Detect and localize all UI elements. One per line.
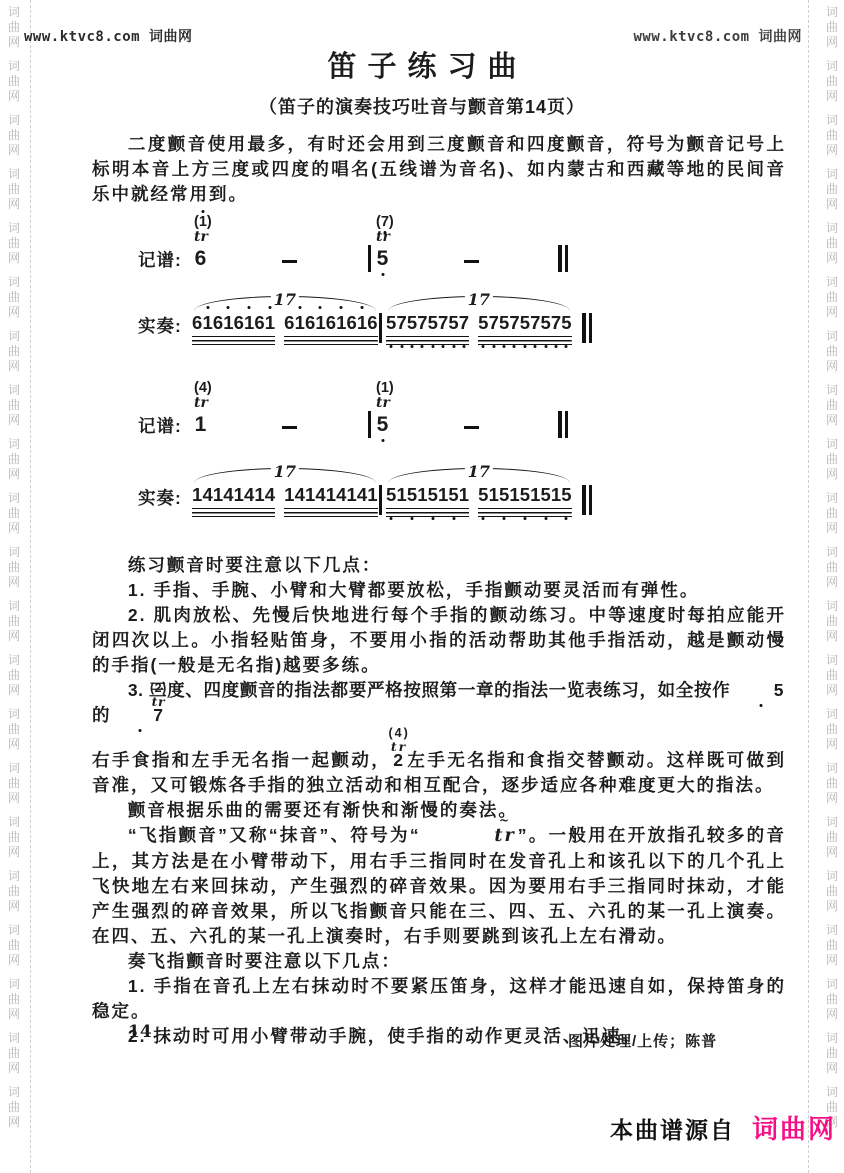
watermark-char: 词: [8, 167, 20, 182]
watermark-char: 词: [826, 5, 838, 20]
octave-dot: [248, 306, 251, 309]
jianpu-digit: 6: [284, 311, 294, 335]
page-number: 14: [128, 1022, 152, 1042]
watermark-char: 网: [826, 683, 838, 698]
slur-arc: 17: [386, 465, 572, 483]
watermark-group: 词曲网: [826, 761, 838, 806]
jianpu-digit: 1: [367, 483, 377, 507]
octave-dot: [544, 517, 547, 520]
jianpu-digit: 6: [213, 311, 223, 335]
jianpu-digit: 7: [438, 311, 448, 335]
watermark-char: 网: [826, 143, 838, 158]
watermark-char: 网: [8, 305, 20, 320]
slur-arc: 17: [192, 293, 378, 311]
octave-dot: [431, 517, 434, 520]
watermark-char: 曲: [826, 182, 838, 197]
trill-symbol: tr: [114, 695, 167, 708]
jianpu-digit: 4: [244, 483, 254, 507]
watermark-char: 词: [826, 1031, 838, 1046]
watermark-char: 曲: [8, 182, 20, 197]
octave-dot: [555, 345, 558, 348]
right-dashed-divider: [808, 0, 809, 1173]
jianpu-digit: 5: [448, 483, 458, 507]
paragraph: 右手食指和左手无名指一起颤动，(4)tr2左手无名指和食指交替颤动。这样既可做到…: [92, 748, 786, 798]
page-title: 笛子练习曲: [0, 44, 844, 85]
watermark-char: 词: [826, 869, 838, 884]
jianpu-digit: 5: [540, 483, 550, 507]
watermark-char: 词: [8, 383, 20, 398]
barline: [368, 245, 371, 272]
beam-lines: [386, 336, 469, 345]
beam-lines: [386, 508, 469, 517]
octave-dot: [319, 306, 322, 309]
watermark-char: 曲: [8, 884, 20, 899]
watermark-group: 词曲网: [826, 977, 838, 1022]
jianpu-digit: 7: [509, 311, 519, 335]
watermark-char: 曲: [826, 20, 838, 35]
watermark-char: 曲: [8, 20, 20, 35]
watermark-char: 词: [826, 1085, 838, 1100]
watermark-char: 词: [8, 5, 20, 20]
watermark-char: 词: [826, 383, 838, 398]
watermark-char: 网: [8, 1061, 20, 1076]
jianpu-digit: 6: [367, 311, 377, 335]
watermark-group: 词曲网: [8, 653, 20, 698]
watermark-char: 词: [826, 599, 838, 614]
watermark-char: 曲: [826, 938, 838, 953]
octave-dot: [503, 517, 506, 520]
watermark-group: 词曲网: [826, 329, 838, 374]
watermark-char: 曲: [8, 506, 20, 521]
watermark-group: 词曲网: [826, 599, 838, 644]
music-row-notation-1: 记谱:(1)tr6(7)tr5: [92, 215, 786, 277]
jianpu-digit: 5: [540, 311, 550, 335]
header-watermark-right: www.ktvc8.com 词曲网: [633, 26, 802, 46]
beam-lines: [478, 508, 572, 517]
jianpu-digit: 6: [346, 311, 356, 335]
octave-dot: [431, 345, 434, 348]
watermark-char: 网: [8, 1115, 20, 1130]
jianpu-digit: 7: [459, 311, 469, 335]
final-barline: [582, 313, 592, 343]
jianpu-digit: 1: [489, 483, 499, 507]
tuplet-number: 17: [271, 292, 299, 308]
watermark-group: 词曲网: [8, 491, 20, 536]
jianpu-digit: 7: [396, 311, 406, 335]
watermark-group: 词曲网: [826, 545, 838, 590]
content: 二度颤音使用最多，有时还会用到三度颤音和四度颤音，符号为颤音记号上标明本音上方三…: [92, 132, 786, 1049]
barline: [368, 411, 371, 438]
watermark-char: 网: [8, 899, 20, 914]
group-digits: 575757575: [478, 311, 572, 335]
watermark-char: 曲: [826, 776, 838, 791]
jianpu-inline-note: (2)tr7: [115, 703, 165, 728]
jianpu-digit: 6: [194, 246, 207, 272]
watermark-char: 曲: [8, 290, 20, 305]
watermark-group: 词曲网: [826, 437, 838, 482]
fingering-paren: (1): [194, 215, 212, 230]
group-row: 14141414141414141: [192, 483, 378, 517]
trill-symbol: tr: [194, 396, 212, 410]
watermark-char: 曲: [826, 506, 838, 521]
watermark-group: 词曲网: [826, 491, 838, 536]
jianpu-digit: 1: [254, 483, 264, 507]
group-digits: 14141414: [192, 483, 275, 507]
music-line-label: 记谱:: [138, 413, 182, 438]
watermark-char: 词: [826, 275, 838, 290]
jianpu-digit: 6: [326, 311, 336, 335]
jianpu-digit: 5: [386, 311, 396, 335]
jianpu-digit: 6: [234, 311, 244, 335]
watermark-char: 网: [8, 413, 20, 428]
watermark-char: 网: [826, 575, 838, 590]
watermark-char: 网: [8, 251, 20, 266]
watermark-char: 网: [826, 413, 838, 428]
watermark-char: 曲: [826, 344, 838, 359]
octave-dot: [452, 345, 455, 348]
jianpu-digit: 5: [376, 412, 389, 438]
group-digits: 141414141: [284, 483, 378, 507]
tuplet-number: 17: [271, 464, 299, 480]
paragraph: 二度颤音使用最多，有时还会用到三度颤音和四度颤音，符号为颤音记号上标明本音上方三…: [92, 132, 786, 207]
jianpu-digit: 1: [265, 311, 275, 335]
tuplet-number: 17: [465, 292, 493, 308]
jianpu-digit: 7: [530, 311, 540, 335]
jianpu-digit: 1: [284, 483, 294, 507]
note-annotation: (2)tr: [114, 682, 167, 708]
jianpu-digit: 4: [357, 483, 367, 507]
watermark-group: 词曲网: [826, 707, 838, 752]
watermark-char: 网: [8, 575, 20, 590]
octave-dot: [390, 517, 393, 520]
octave-dot: [482, 345, 485, 348]
watermark-char: 词: [8, 545, 20, 560]
watermark-group: 词曲网: [826, 383, 838, 428]
group-row: 51515151515151515: [386, 483, 572, 517]
source-caption: 本曲谱源自: [610, 1112, 735, 1145]
watermark-char: 网: [826, 1007, 838, 1022]
jianpu-digit: 4: [223, 483, 233, 507]
octave-dot: [410, 345, 413, 348]
watermark-char: 曲: [8, 614, 20, 629]
tuplet-number: 17: [465, 464, 493, 480]
octave-dot: [340, 306, 343, 309]
watermark-group: 词曲网: [8, 113, 20, 158]
watermark-char: 曲: [8, 236, 20, 251]
jianpu-digit: 5: [478, 483, 488, 507]
slurred-phrase: 1757575757575757575: [386, 293, 572, 345]
fingering-paren: (4): [194, 381, 212, 396]
watermark-char: 词: [8, 761, 20, 776]
octave-dot: [227, 306, 230, 309]
barline: [379, 485, 382, 515]
watermark-char: 曲: [8, 560, 20, 575]
octave-dot: [268, 306, 271, 309]
jianpu-digit: 5: [561, 483, 571, 507]
jianpu-inline-note: ~tr: [421, 823, 518, 849]
octave-dot: [383, 231, 386, 234]
octave-dot: [442, 345, 445, 348]
jianpu-digit: 1: [213, 483, 223, 507]
beam-lines: [284, 508, 378, 517]
jianpu-digit: 1: [202, 311, 212, 335]
jianpu-digit: 1: [438, 483, 448, 507]
watermark-char: 曲: [826, 668, 838, 683]
watermark-char: 曲: [826, 884, 838, 899]
watermark-group: 词曲网: [8, 707, 20, 752]
watermark-char: 曲: [8, 776, 20, 791]
octave-dot: [462, 345, 465, 348]
octave-dot: [513, 345, 516, 348]
jianpu-digit: 1: [234, 483, 244, 507]
jianpu-digit: 1: [509, 483, 519, 507]
jianpu-digit: 1: [530, 483, 540, 507]
note-annotation: (4)tr: [388, 727, 409, 753]
header-watermark-left: www.ktvc8.com 词曲网: [24, 26, 193, 46]
watermark-char: 网: [826, 359, 838, 374]
note-group: 14141414: [192, 483, 275, 517]
octave-dot: [534, 345, 537, 348]
watermark-char: 曲: [826, 128, 838, 143]
paragraph: 练习颤音时要注意以下几点：: [92, 553, 786, 578]
octave-dot: [421, 345, 424, 348]
source-site-badge: 词曲网: [752, 1109, 836, 1146]
watermark-char: 网: [8, 629, 20, 644]
jianpu-digit: 1: [396, 483, 406, 507]
octave-dot: [400, 345, 403, 348]
octave-dot: [390, 345, 393, 348]
jianpu-digit: 1: [305, 483, 315, 507]
trill-wave-symbol: ~tr: [459, 824, 516, 849]
jianpu-digit: 1: [459, 483, 469, 507]
watermark-char: 曲: [8, 668, 20, 683]
watermark-group: 词曲网: [8, 221, 20, 266]
jianpu-digit: 5: [376, 246, 389, 272]
octave-dot: [298, 306, 301, 309]
jianpu-digit: 1: [346, 483, 356, 507]
watermark-char: 网: [8, 197, 20, 212]
slurred-phrase: 1761616161616161616: [192, 293, 378, 345]
paragraph: 颤音根据乐曲的需要还有渐快和渐慢的奏法。: [92, 798, 786, 823]
watermark-group: 词曲网: [8, 275, 20, 320]
watermark-char: 网: [8, 683, 20, 698]
jianpu-digit: 5: [428, 311, 438, 335]
octave-dot: [523, 345, 526, 348]
group-digits: 616161616: [284, 311, 378, 335]
watermark-char: 网: [8, 521, 20, 536]
watermark-char: 词: [826, 329, 838, 344]
watermark-char: 曲: [8, 1100, 20, 1115]
beam-lines: [284, 336, 378, 345]
paragraphs: 练习颤音时要注意以下几点：1. 手指、手腕、小臂和大臂都要放松，手指颤动要灵活而…: [92, 553, 786, 1049]
watermark-char: 网: [826, 953, 838, 968]
watermark-char: 网: [826, 845, 838, 860]
watermark-group: 词曲网: [8, 1031, 20, 1076]
paren-digit: 1: [199, 215, 207, 230]
paragraph: 1. 手指、手腕、小臂和大臂都要放松，手指颤动要灵活而有弹性。: [92, 578, 786, 603]
watermark-group: 词曲网: [826, 275, 838, 320]
watermark-rail-right: 词曲网词曲网词曲网词曲网词曲网词曲网词曲网词曲网词曲网词曲网词曲网词曲网词曲网词…: [823, 5, 841, 1139]
jianpu-digit: 5: [499, 311, 509, 335]
watermark-group: 词曲网: [8, 869, 20, 914]
octave-dot: [381, 273, 384, 276]
octave-dot: [565, 345, 568, 348]
octave-dot: [139, 729, 142, 732]
bar-stroke: [558, 411, 562, 438]
jianpu-digit: 1: [295, 311, 305, 335]
jianpu-digit: 5: [499, 483, 509, 507]
watermark-rail-left: 词曲网词曲网词曲网词曲网词曲网词曲网词曲网词曲网词曲网词曲网词曲网词曲网词曲网词…: [5, 5, 23, 1139]
watermark-char: 曲: [826, 614, 838, 629]
watermark-group: 词曲网: [8, 437, 20, 482]
watermark-char: 网: [826, 197, 838, 212]
watermark-char: 曲: [8, 398, 20, 413]
watermark-char: 曲: [826, 722, 838, 737]
watermark-char: 网: [8, 737, 20, 752]
watermark-char: 词: [826, 923, 838, 938]
watermark-char: 曲: [826, 452, 838, 467]
watermark-char: 网: [8, 845, 20, 860]
watermark-char: 网: [826, 251, 838, 266]
bar-stroke: [582, 485, 586, 515]
watermark-char: 曲: [8, 344, 20, 359]
watermark-char: 曲: [8, 722, 20, 737]
note-group: 515151515: [478, 483, 572, 517]
final-barline: [582, 485, 592, 515]
jianpu-digit: 1: [357, 311, 367, 335]
jianpu-digit: 1: [326, 483, 336, 507]
page-subtitle: （笛子的演奏技巧吐音与颤音第14页）: [0, 93, 844, 119]
watermark-char: 网: [826, 737, 838, 752]
jianpu-digit: 4: [265, 483, 275, 507]
octave-dot: [452, 517, 455, 520]
octave-dot: [523, 517, 526, 520]
jianpu-digit: 5: [407, 483, 417, 507]
group-row: 61616161616161616: [192, 311, 378, 345]
watermark-char: 曲: [8, 1046, 20, 1061]
note-group: 57575757: [386, 311, 469, 345]
watermark-char: 曲: [8, 452, 20, 467]
note-group: 575757575: [478, 311, 572, 345]
jianpu-digit: 4: [336, 483, 346, 507]
jianpu-digit: 7: [551, 311, 561, 335]
watermark-char: 词: [826, 707, 838, 722]
jianpu-digit: 1: [336, 311, 346, 335]
note-group: 61616161: [192, 311, 275, 345]
watermark-char: 词: [8, 275, 20, 290]
jianpu-digit: 5: [520, 483, 530, 507]
paren-digit: 1: [381, 381, 389, 396]
bar-stroke: [582, 313, 586, 343]
watermark-char: 词: [826, 653, 838, 668]
watermark-char: 词: [8, 491, 20, 506]
jianpu-digit: 5: [407, 311, 417, 335]
trill-symbol: tr: [194, 230, 212, 244]
octave-dot: [503, 345, 506, 348]
octave-dot: [361, 306, 364, 309]
watermark-group: 词曲网: [826, 167, 838, 212]
music-row-notation-2: 记谱:(4)tr1(1)tr5: [92, 381, 786, 443]
watermark-group: 词曲网: [8, 383, 20, 428]
music-line-label: 实奏:: [138, 485, 182, 510]
octave-dot: [565, 517, 568, 520]
watermark-char: 词: [8, 869, 20, 884]
watermark-group: 词曲网: [826, 815, 838, 860]
sustain-dash: [282, 426, 297, 429]
jianpu-digit: 6: [192, 311, 202, 335]
bar-stroke: [589, 485, 593, 515]
paren-digit: 7: [381, 215, 389, 230]
watermark-group: 词曲网: [826, 923, 838, 968]
watermark-group: 词曲网: [8, 923, 20, 968]
watermark-char: 曲: [826, 398, 838, 413]
watermark-char: 词: [8, 923, 20, 938]
watermark-group: 词曲网: [826, 113, 838, 158]
paragraph: 2. 肌肉放松、先慢后快地进行每个手指的颤动练习。中等速度时每拍应能开闭四次以上…: [92, 603, 786, 678]
octave-dot: [206, 306, 209, 309]
watermark-char: 词: [826, 545, 838, 560]
trill-symbol: tr: [388, 740, 409, 753]
watermark-char: 词: [826, 815, 838, 830]
left-dashed-divider: [30, 0, 31, 1173]
octave-dot: [544, 345, 547, 348]
intro-paragraph-slot: 二度颤音使用最多，有时还会用到三度颤音和四度颤音，符号为颤音记号上标明本音上方三…: [92, 132, 786, 207]
watermark-char: 网: [8, 467, 20, 482]
jianpu-digit: 1: [192, 483, 202, 507]
watermark-char: 曲: [8, 992, 20, 1007]
watermark-group: 词曲网: [8, 599, 20, 644]
beam-lines: [192, 336, 275, 345]
wave-icon: ~: [459, 815, 516, 825]
beam-lines: [478, 336, 572, 345]
jianpu-digit: 1: [194, 412, 207, 438]
watermark-char: 网: [826, 791, 838, 806]
music-line-label: 实奏:: [138, 313, 182, 338]
octave-dot: [492, 345, 495, 348]
watermark-group: 词曲网: [8, 977, 20, 1022]
final-barline: [558, 245, 568, 272]
watermark-char: 网: [8, 359, 20, 374]
watermark-char: 词: [8, 1031, 20, 1046]
jianpu-note: (4)tr1: [194, 381, 212, 438]
sustain-dash: [464, 260, 479, 263]
group-digits: 515151515: [478, 483, 572, 507]
watermark-group: 词曲网: [8, 761, 20, 806]
watermark-group: 词曲网: [8, 329, 20, 374]
slur-arc: 17: [192, 465, 378, 483]
watermark-char: 词: [8, 221, 20, 236]
watermark-char: 词: [8, 707, 20, 722]
watermark-group: 词曲网: [8, 167, 20, 212]
paragraph: 奏飞指颤音时要注意以下几点：: [92, 949, 786, 974]
watermark-group: 词曲网: [8, 545, 20, 590]
barline: [379, 313, 382, 343]
jianpu-digit: 1: [551, 483, 561, 507]
watermark-char: 曲: [8, 938, 20, 953]
octave-dot: [759, 704, 762, 707]
bar-stroke: [589, 313, 593, 343]
slurred-phrase: 1751515151515151515: [386, 465, 572, 517]
trill-symbol: tr: [376, 396, 394, 410]
jianpu-digit: 1: [223, 311, 233, 335]
group-digits: 61616161: [192, 311, 275, 335]
watermark-char: 网: [8, 953, 20, 968]
watermark-char: 曲: [826, 236, 838, 251]
bar-stroke: [565, 411, 569, 438]
watermark-char: 词: [8, 977, 20, 992]
watermark-char: 词: [8, 599, 20, 614]
watermark-group: 词曲网: [826, 221, 838, 266]
